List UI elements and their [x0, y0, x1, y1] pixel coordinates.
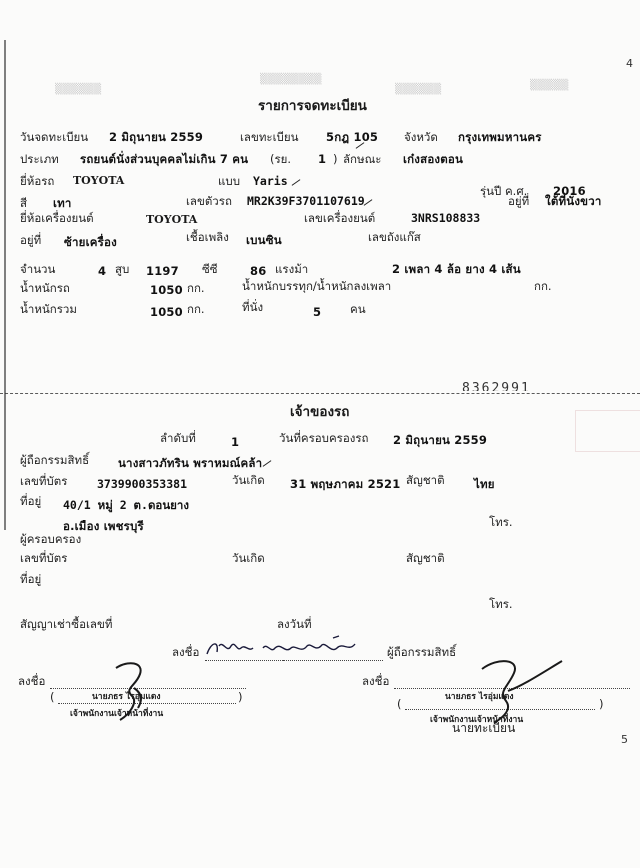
province-label: จังหวัด	[404, 130, 438, 144]
bleed-through-text: ▒▒▒▒▒	[530, 80, 568, 91]
type-code-label: (รย.	[270, 152, 291, 166]
model-label: แบบ	[218, 174, 240, 188]
bleed-through-text: ▒▒▒▒▒▒	[55, 84, 101, 95]
possession-date-label: วันที่ครอบครองรถ	[279, 431, 369, 445]
sign-date-label: ลงวันที่	[277, 617, 312, 631]
owner-handwritten-signature	[205, 632, 375, 662]
check-mark	[292, 179, 301, 186]
possessor-nationality-label: สัญชาติ	[406, 551, 445, 565]
owner-sign-label: ลงชื่อ	[172, 645, 199, 659]
engine-brand: TOYOTA	[146, 213, 197, 227]
brand-label: ยี่ห้อรถ	[20, 174, 54, 188]
left-officer-sign-label: ลงชื่อ	[18, 674, 45, 688]
vehicle-type: รถยนต์นั่งส่วนบุคคลไม่เกิน 7 คน	[80, 152, 248, 166]
owner-sign-line	[283, 659, 383, 661]
province: กรุงเทพมหานคร	[458, 130, 542, 144]
seats-label: ที่นั่ง	[242, 300, 263, 314]
horsepower: 86	[250, 264, 266, 278]
gross-weight-unit: กก.	[187, 302, 205, 316]
body-style-label: ลักษณะ	[343, 152, 381, 166]
plate-number: 5กฎ 105	[326, 130, 378, 144]
page-number-bottom: 5	[621, 733, 628, 747]
possessor-id-label: เลขที่บัตร	[20, 551, 67, 565]
engine-number-label: เลขเครื่องยนต์	[304, 211, 375, 225]
bleed-through-text: ▒▒▒▒▒▒	[395, 84, 441, 95]
possessor-label: ผู้ครอบครอง	[20, 532, 81, 546]
gross-weight: 1050	[150, 305, 183, 319]
check-mark	[263, 460, 272, 467]
owner-section-title: เจ้าของรถ	[290, 405, 349, 419]
gas-tank-label: เลขถังแก๊ส	[368, 230, 421, 244]
engine-number: 3NRS108833	[411, 211, 480, 225]
body-style: เก๋งสองตอน	[403, 152, 463, 166]
left-officer-signature	[110, 658, 160, 723]
chassis-location-label: อยู่ที่	[508, 194, 529, 208]
page-number-top: 4	[626, 57, 633, 71]
cc-unit: ซีซี	[202, 262, 218, 276]
seats: 5	[313, 305, 321, 319]
id-number-label: เลขที่บัตร	[20, 474, 67, 488]
type-code-close: )	[333, 152, 338, 166]
left-open-paren: (	[50, 690, 55, 704]
phone-label: โทร.	[489, 515, 513, 529]
section-divider	[0, 393, 640, 395]
nationality: ไทย	[474, 477, 495, 491]
address-label: ที่อยู่	[20, 494, 41, 508]
color: เทา	[53, 196, 72, 210]
bleed-through-text: ▒▒▒▒▒▒▒▒	[260, 74, 322, 85]
type-code: 1	[318, 152, 326, 166]
owner-role: ผู้ถือกรรมสิทธิ์	[387, 645, 456, 659]
engine-cc: 1197	[146, 264, 179, 278]
right-open-paren: (	[397, 697, 402, 711]
registration-section-title: รายการจดทะเบียน	[258, 99, 367, 113]
owner-name: นางสาวภัทริน พราหมณ์คล้า	[118, 456, 262, 470]
engine-brand-label: ยี่ห้อเครื่องยนต์	[20, 211, 94, 225]
registration-date-label: วันจดทะเบียน	[20, 130, 88, 144]
gross-weight-label: น้ำหนักรวม	[20, 302, 77, 316]
possession-date: 2 มิถุนายน 2559	[393, 433, 487, 447]
registration-date: 2 มิถุนายน 2559	[109, 130, 203, 144]
birth-date: 31 พฤษภาคม 2521	[290, 477, 400, 491]
left-close-paren: )	[238, 690, 243, 704]
order-label: ลำดับที่	[160, 431, 196, 445]
chassis-location: ใต้ที่นั่งขวา	[545, 194, 602, 208]
cylinders: 4	[98, 264, 106, 278]
load-weight-label: น้ำหนักบรรทุก/น้ำหนักลงเพลา	[242, 279, 391, 293]
id-number: 3739900353381	[97, 477, 187, 491]
owner-label: ผู้ถือกรรมสิทธิ์	[20, 453, 89, 467]
nationality-label: สัญชาติ	[406, 473, 445, 487]
right-officer-sign-label: ลงชื่อ	[362, 674, 389, 688]
load-weight-unit: กก.	[534, 279, 552, 293]
engine-location-label: อยู่ที่	[20, 233, 41, 247]
axles-wheels-tires: 2 เพลา 4 ล้อ ยาง 4 เส้น	[392, 262, 521, 276]
order-number: 1	[231, 435, 239, 449]
possessor-address-label: ที่อยู่	[20, 572, 41, 586]
vehicle-weight-unit: กก.	[187, 281, 205, 295]
right-close-paren: )	[599, 697, 604, 711]
vehicle-type-label: ประเภท	[20, 152, 59, 166]
birth-date-label: วันเกิด	[232, 473, 265, 487]
fuel: เบนซิน	[246, 233, 282, 247]
seats-unit: คน	[350, 302, 366, 316]
address-line-1: 40/1 หมู่ 2 ต.ดอนยาง	[63, 498, 189, 512]
possessor-birth-label: วันเกิด	[232, 551, 265, 565]
brand: TOYOTA	[73, 174, 124, 188]
model: Yaris	[253, 174, 288, 188]
cylinders-unit: สูบ	[115, 262, 129, 276]
horsepower-unit: แรงม้า	[275, 262, 308, 276]
color-label: สี	[20, 196, 27, 210]
cylinders-label: จำนวน	[20, 262, 55, 276]
possessor-phone-label: โทร.	[489, 597, 513, 611]
vehicle-weight: 1050	[150, 283, 183, 297]
bleed-through-box	[575, 410, 640, 452]
chassis-label: เลขตัวรถ	[186, 194, 232, 208]
engine-location: ซ้ายเครื่อง	[64, 235, 117, 249]
vehicle-weight-label: น้ำหนักรถ	[20, 281, 70, 295]
fuel-label: เชื้อเพลิง	[186, 230, 229, 244]
hire-purchase-label: สัญญาเช่าซื้อเลขที่	[20, 617, 112, 631]
chassis-number: MR2K39F3701107619	[247, 194, 365, 208]
right-officer-signature	[478, 655, 568, 725]
vehicle-registration-document: ▒▒▒▒▒▒▒▒ ▒▒▒▒▒▒ ▒▒▒▒▒▒ ▒▒▒▒▒ 4 รายการจดท…	[0, 0, 640, 868]
page-left-border	[4, 40, 6, 530]
plate-label: เลขทะเบียน	[240, 130, 298, 144]
address-line-2: อ.เมือง เพชรบุรี	[63, 519, 144, 533]
